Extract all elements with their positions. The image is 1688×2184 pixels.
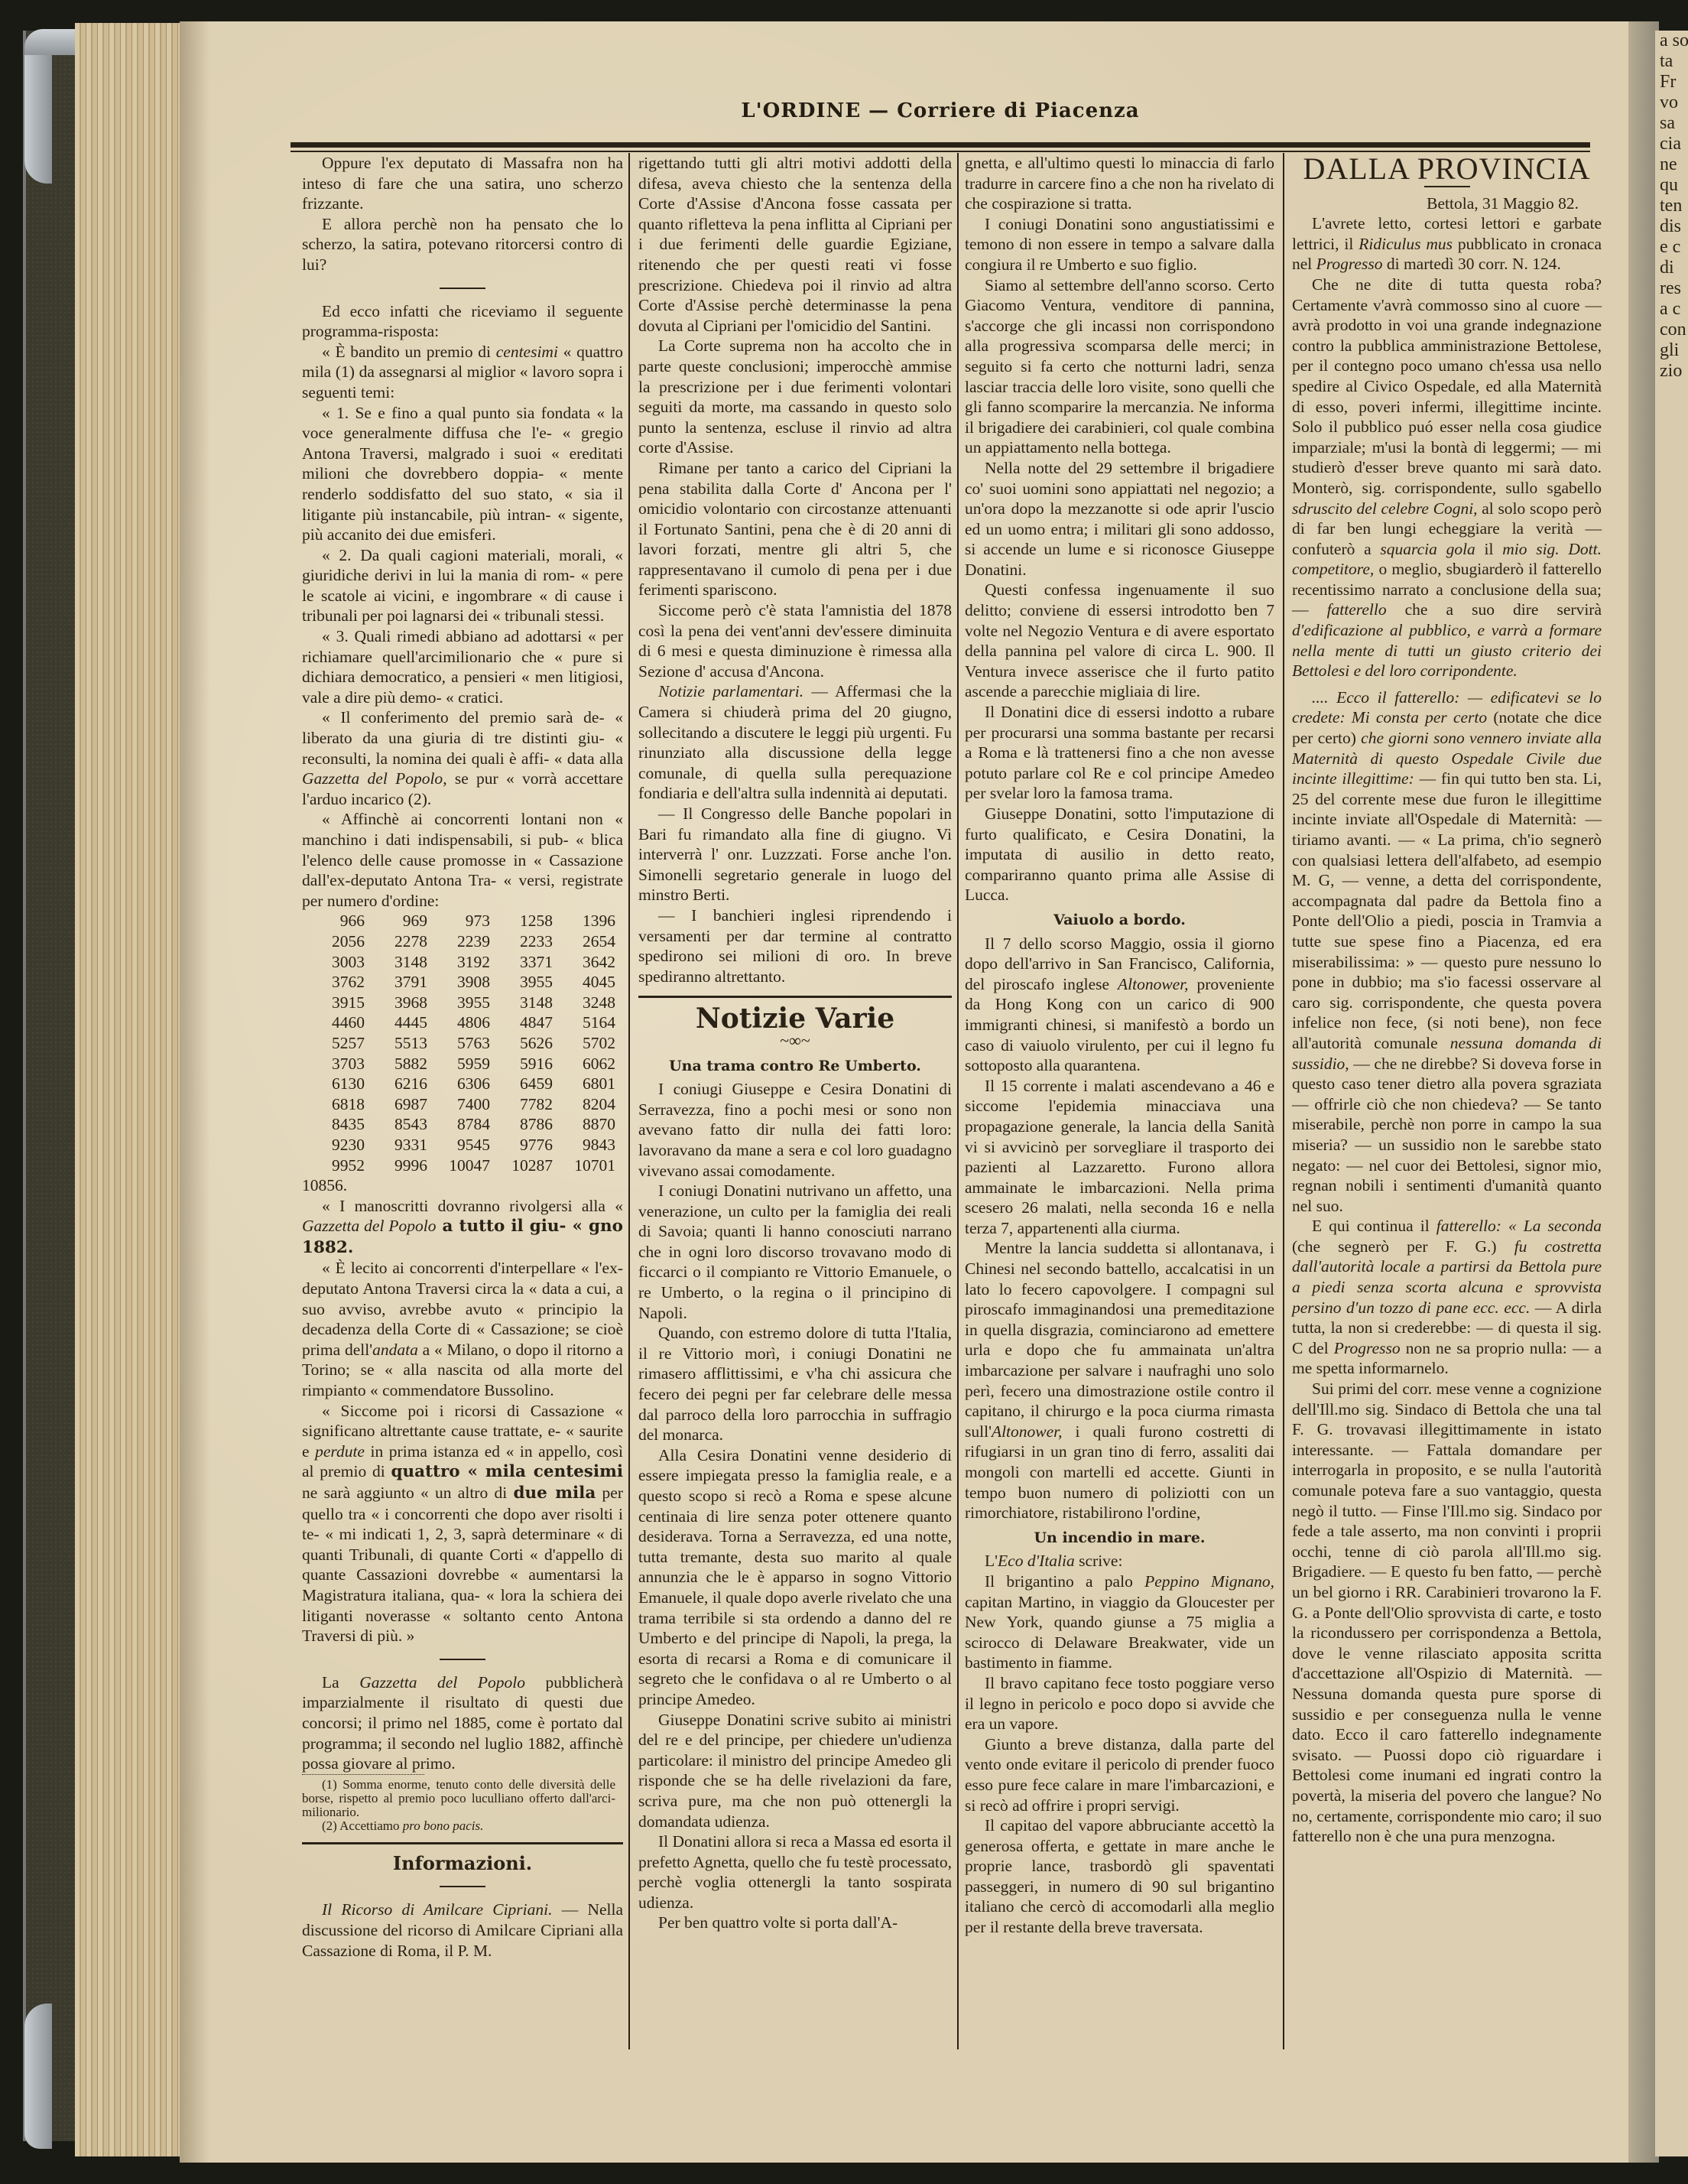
column-1: Oppure l'ex deputato di Massafra non ha … (302, 153, 623, 1961)
case-number: 4460 (308, 1012, 365, 1033)
paragraph: E qui continua il fatterello: « La secon… (1292, 1216, 1602, 1379)
case-number: 10701 (559, 1155, 615, 1176)
paragraph: Giunto a breve distanza, dalla parte del… (965, 1734, 1274, 1815)
paragraph: La Corte suprema non ha accolto che in p… (638, 336, 952, 458)
case-number: 5626 (496, 1033, 553, 1054)
case-number: 8204 (559, 1094, 615, 1115)
case-number: 8543 (371, 1114, 427, 1135)
case-number: 3371 (496, 952, 553, 973)
case-number: 5702 (559, 1033, 615, 1054)
case-number: 6216 (371, 1074, 427, 1094)
case-number: 3148 (371, 952, 427, 973)
case-number: 2654 (559, 931, 615, 952)
case-number: 4445 (371, 1012, 427, 1033)
case-number-table: 9669699731258139620562278223922332654300… (302, 911, 623, 1175)
paragraph: Rimane per tanto a carico del Cipriani l… (638, 458, 952, 600)
paragraph: Oppure l'ex deputato di Massafra non ha … (302, 153, 623, 214)
column-3: gnetta, e all'ultimo questi lo minaccia … (965, 153, 1274, 1938)
case-number: 5763 (433, 1033, 490, 1054)
case-number: 9843 (559, 1135, 615, 1155)
case-number: 973 (433, 911, 490, 931)
paragraph: Il bravo capitano fece tosto poggiare ve… (965, 1673, 1274, 1734)
paragraph: « È lecito ai concorrenti d'interpellare… (302, 1258, 623, 1400)
case-number: 6459 (496, 1074, 553, 1094)
paragraph: Il brigantino a palo Peppino Mignano, ca… (965, 1571, 1274, 1673)
paragraph: « Il conferimento del premio sarà de- « … (302, 707, 623, 809)
column-divider (1283, 153, 1284, 2049)
article-heading: Un incendio in mare. (965, 1528, 1274, 1549)
paragraph: Siamo al settembre dell'anno scorso. Cer… (965, 275, 1274, 458)
paragraph: Alla Cesira Donatini venne desiderio di … (638, 1445, 952, 1710)
case-number: 3703 (308, 1054, 365, 1074)
case-number: 4806 (433, 1012, 490, 1033)
ornament-icon: ~∞~ (638, 1031, 952, 1051)
case-number: 3192 (433, 952, 490, 973)
paragraph: « Siccome poi i ricorsi di Cassazione « … (302, 1401, 623, 1646)
case-number: 9230 (308, 1135, 365, 1155)
case-number: 3968 (371, 993, 427, 1013)
section-rule (638, 996, 952, 998)
case-number: 7400 (433, 1094, 490, 1115)
section-heading-dalla-provincia: DALLA PROVINCIA (1292, 159, 1602, 180)
paragraph: I coniugi Giuseppe e Cesira Donatini di … (638, 1079, 952, 1181)
metal-corner-top (24, 38, 52, 184)
case-number: 3248 (559, 993, 615, 1013)
paragraph: Il 15 corrente i malati ascendevano a 46… (965, 1076, 1274, 1239)
paragraph: .... Ecco il fatterello: — edificatevi s… (1292, 687, 1602, 1216)
paragraph: « 1. Se e fino a qual punto sia fondata … (302, 403, 623, 545)
case-number: 5257 (308, 1033, 365, 1054)
paragraph: Sui primi del corr. mese venne a cognizi… (1292, 1379, 1602, 1847)
dateline: Bettola, 31 Maggio 82. (1292, 193, 1602, 214)
case-number: 6306 (433, 1074, 490, 1094)
paragraph: Il Ricorso di Amilcare Cipriani. — Nella… (302, 1900, 623, 1961)
paragraph: I coniugi Donatini sono angustiatissimi … (965, 214, 1274, 275)
case-number: 3148 (496, 993, 553, 1013)
case-number: 969 (371, 911, 427, 931)
case-number: 3955 (433, 993, 490, 1013)
column-4: DALLA PROVINCIA Bettola, 31 Maggio 82. L… (1292, 153, 1602, 1847)
case-number: 3908 (433, 972, 490, 993)
case-number: 6987 (371, 1094, 427, 1115)
paragraph: Il 7 dello scorso Maggio, ossia il giorn… (965, 934, 1274, 1076)
paragraph: — Il Congresso delle Banche popolari in … (638, 804, 952, 905)
paragraph: I coniugi Donatini nutrivano un affetto,… (638, 1181, 952, 1323)
case-number: 3791 (371, 972, 427, 993)
gutter-shadow (180, 21, 210, 2163)
paragraph: — I banchieri inglesi riprendendo i vers… (638, 905, 952, 986)
case-number: 3915 (308, 993, 365, 1013)
paragraph: Che ne dite di tutta questa roba? Certam… (1292, 275, 1602, 681)
case-number: 4045 (559, 972, 615, 993)
case-number: 966 (308, 911, 365, 931)
case-number: 10047 (433, 1155, 490, 1176)
page-curl-shadow (1628, 21, 1659, 2163)
paragraph: Il Donatini allora si reca a Massa ed es… (638, 1831, 952, 1913)
paragraph: Quando, con estremo dolore di tutta l'It… (638, 1323, 952, 1445)
case-number: 6818 (308, 1094, 365, 1115)
case-number: 5882 (371, 1054, 427, 1074)
paragraph: « I manoscritti dovranno rivolgersi alla… (302, 1196, 623, 1259)
paragraph: Giuseppe Donatini scrive subito ai minis… (638, 1710, 952, 1832)
case-number: 3762 (308, 972, 365, 993)
case-number: 10287 (496, 1155, 553, 1176)
separator (440, 288, 485, 289)
paragraph: « Affinchè ai concorrenti lontani non « … (302, 809, 623, 911)
case-number: 3955 (496, 972, 553, 993)
case-number: 5959 (433, 1054, 490, 1074)
footnotes: (1) Somma enorme, tenuto conto delle div… (302, 1774, 424, 1833)
masthead: L'ORDINE — Corriere di Piacenza (291, 99, 1590, 122)
case-number: 4847 (496, 1012, 553, 1033)
paragraph: Mentre la lancia suddetta si allontanava… (965, 1238, 1274, 1523)
next-page-fragment: a so ta Fr vo sa cia ne qu ten dis e c d… (1655, 31, 1688, 2156)
paragraph: « È bandito un premio di centesimi « qua… (302, 342, 623, 403)
case-number: 6801 (559, 1074, 615, 1094)
case-number: 8870 (559, 1114, 615, 1135)
case-number: 6062 (559, 1054, 615, 1074)
case-number: 8786 (496, 1114, 553, 1135)
paragraph: rigettando tutti gli altri motivi addott… (638, 153, 952, 336)
separator (440, 1886, 485, 1887)
case-number: 7782 (496, 1094, 553, 1115)
paragraph: Nella notte del 29 settembre il brigadie… (965, 458, 1274, 580)
case-number: 8784 (433, 1114, 490, 1135)
metal-corner-bottom (24, 2004, 52, 2149)
case-number: 2239 (433, 931, 490, 952)
case-number: 9952 (308, 1155, 365, 1176)
case-number: 9545 (433, 1135, 490, 1155)
case-number: 5164 (559, 1012, 615, 1033)
column-2: rigettando tutti gli altri motivi addott… (638, 153, 952, 1933)
section-rule (302, 1842, 623, 1844)
paragraph: « 2. Da quali cagioni materiali, morali,… (302, 545, 623, 626)
article-heading: Una trama contro Re Umberto. (638, 1056, 952, 1077)
paragraph: L'avrete letto, cortesi lettori e garbat… (1292, 213, 1602, 275)
paragraph: Il Donatini dice di essersi indotto a ru… (965, 702, 1274, 804)
paragraph: La Gazzetta del Popolo pubblicherà impar… (302, 1672, 623, 1774)
paragraph: Il capitao del vapore abbruciante accett… (965, 1815, 1274, 1938)
case-number: 1258 (496, 911, 553, 931)
paragraph: gnetta, e all'ultimo questi lo minaccia … (965, 153, 1274, 214)
column-divider (628, 153, 630, 2049)
case-number: 9996 (371, 1155, 427, 1176)
section-heading-informazioni: Informazioni. (302, 1854, 623, 1874)
page-stack-edges (75, 23, 190, 2156)
paragraph: E allora perchè non ha pensato che lo sc… (302, 214, 623, 275)
paragraph: Siccome però c'è stata l'amnistia del 18… (638, 600, 952, 681)
paragraph: Ed ecco infatti che riceviamo il seguent… (302, 301, 623, 342)
paragraph: Questi confessa ingenuamente il suo deli… (965, 580, 1274, 702)
paragraph: Giuseppe Donatini, sotto l'imputazione d… (965, 804, 1274, 905)
last-case-number: 10856. (302, 1175, 623, 1196)
case-number: 5513 (371, 1033, 427, 1054)
case-number: 8435 (308, 1114, 365, 1135)
case-number: 2233 (496, 931, 553, 952)
paragraph: L'Eco d'Italia scrive: (965, 1551, 1274, 1571)
case-number: 5916 (496, 1054, 553, 1074)
footnote-2: (2) Accettiamo pro bono pacis. (302, 1819, 615, 1833)
separator (440, 1659, 485, 1660)
case-number: 2056 (308, 931, 365, 952)
section-heading-notizie-varie: Notizie Varie (638, 1009, 952, 1029)
case-number: 3003 (308, 952, 365, 973)
case-number: 2278 (371, 931, 427, 952)
paragraph: Per ben quattro volte si porta dall'A- (638, 1913, 952, 1933)
case-number: 9331 (371, 1135, 427, 1155)
case-number: 1396 (559, 911, 615, 931)
case-number: 9776 (496, 1135, 553, 1155)
column-divider (957, 153, 959, 2049)
article-heading: Vaiuolo a bordo. (965, 910, 1274, 931)
paragraph: « 3. Quali rimedi abbiano ad adottarsi «… (302, 626, 623, 707)
footnote-1: (1) Somma enorme, tenuto conto delle div… (302, 1778, 615, 1819)
paragraph: Notizie parlamentari. — Affermasi che la… (638, 681, 952, 804)
case-number: 3642 (559, 952, 615, 973)
case-number: 6130 (308, 1074, 365, 1094)
masthead-rule (291, 142, 1590, 148)
